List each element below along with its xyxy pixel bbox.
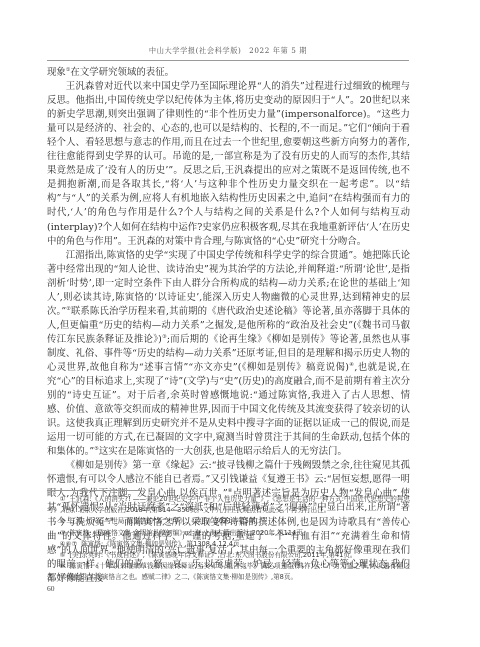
footnote: ⑤[美]余英时:《书成自述》,《陈寅恪晚年诗文释证》,台北:东大图书股份有限公司… (47, 550, 410, 561)
running-head: 中山大学学报(社会科学版) 2022 年第 5 期 (47, 46, 409, 56)
footnote: ②江湄:《人心与世局:陈寅恪的“新”史学》,《读书》2021年第5期。 (47, 516, 410, 527)
journal-page: 中山大学学报(社会科学版) 2022 年第 5 期 现象①在文学研究领域的表征。… (0, 0, 480, 647)
footnote-text: 陈寅恪:《陈寅恪文集·金明馆丛稿初编》,上海:上海古籍出版社,2020年,第11… (69, 529, 309, 537)
header-rule (47, 60, 409, 61)
footnote-divider (47, 490, 140, 491)
footnote-mark: ④⑥⑦ (60, 540, 78, 548)
paragraph-text: ,也就是说,在究“心”的目标追求上,实现了“诗”(文学)与“史”(历史)的高度融… (47, 362, 410, 457)
footnote-text: 江湄:《人心与世局:陈寅恪的“新”史学》,《读书》2021年第5期。 (69, 517, 262, 525)
footnote-text: [美]余英时:《书成自述》,《陈寅恪晚年诗文释证》,台北:东大图书股份有限公司,… (69, 551, 356, 559)
body-paragraph: 王汎森曾对近代以来中国史学乃至国际理论界“人的消失”过程进行过细致的梳理与反思。… (47, 80, 410, 249)
footnote: ④⑥⑦陈寅恪:《陈寅恪文集·柳如是别传》,第1308,4,12,4页。 (47, 539, 410, 550)
footnote-text: 陈寅恪:《十年以来继续草钱柳因缘诗释证,至癸卯冬,粗告完毕。偶忆项莲生(鸿祚)云… (47, 562, 410, 581)
footnote-mark: ① (60, 495, 66, 503)
paragraph-text: 王汎森曾对近代以来中国史学乃至国际理论界“人的消失”过程进行过细致的梳理与反思。… (47, 81, 410, 247)
footnote-mark: ② (60, 517, 66, 525)
footnote-text: 王汎森:《人的消失?! ——兼论20世纪史学中“非个人性历史力量”》,《思想是生… (47, 495, 410, 514)
paragraph-text: 在文学研究领域的表征。 (70, 67, 174, 78)
body-paragraph: 江湄指出,陈寅恪的史学“实现了中国史学传统和科学史学的综合贯通”。她把陈氏论著中… (47, 249, 410, 460)
footnote: ①王汎森:《人的消失?! ——兼论20世纪史学中“非个人性历史力量”》,《思想是… (47, 494, 410, 516)
footnotes: ①王汎森:《人的消失?! ——兼论20世纪史学中“非个人性历史力量”》,《思想是… (47, 494, 410, 584)
footnote-text: 陈寅恪:《陈寅恪文集·柳如是别传》,第1308,4,12,4页。 (81, 540, 246, 548)
footnote-mark: ⑤ (60, 551, 66, 559)
paragraph-text: 现象 (47, 67, 66, 78)
footnote: ⑧陈寅恪:《十年以来继续草钱柳因缘诗释证,至癸卯冬,粗告完毕。偶忆项莲生(鸿祚)… (47, 561, 410, 583)
footnote-mark: ⑧ (60, 562, 66, 570)
footnote: ③陈寅恪:《陈寅恪文集·金明馆丛稿初编》,上海:上海古籍出版社,2020年,第1… (47, 528, 410, 539)
page-number: 60 (47, 584, 55, 593)
footnote-mark: ③ (60, 529, 66, 537)
paragraph-text: 这实在是陈寅恪的一大创获,也是他昭示给后人的无穷法门。 (99, 446, 347, 457)
body-paragraph: 现象①在文学研究领域的表征。 (47, 66, 410, 80)
